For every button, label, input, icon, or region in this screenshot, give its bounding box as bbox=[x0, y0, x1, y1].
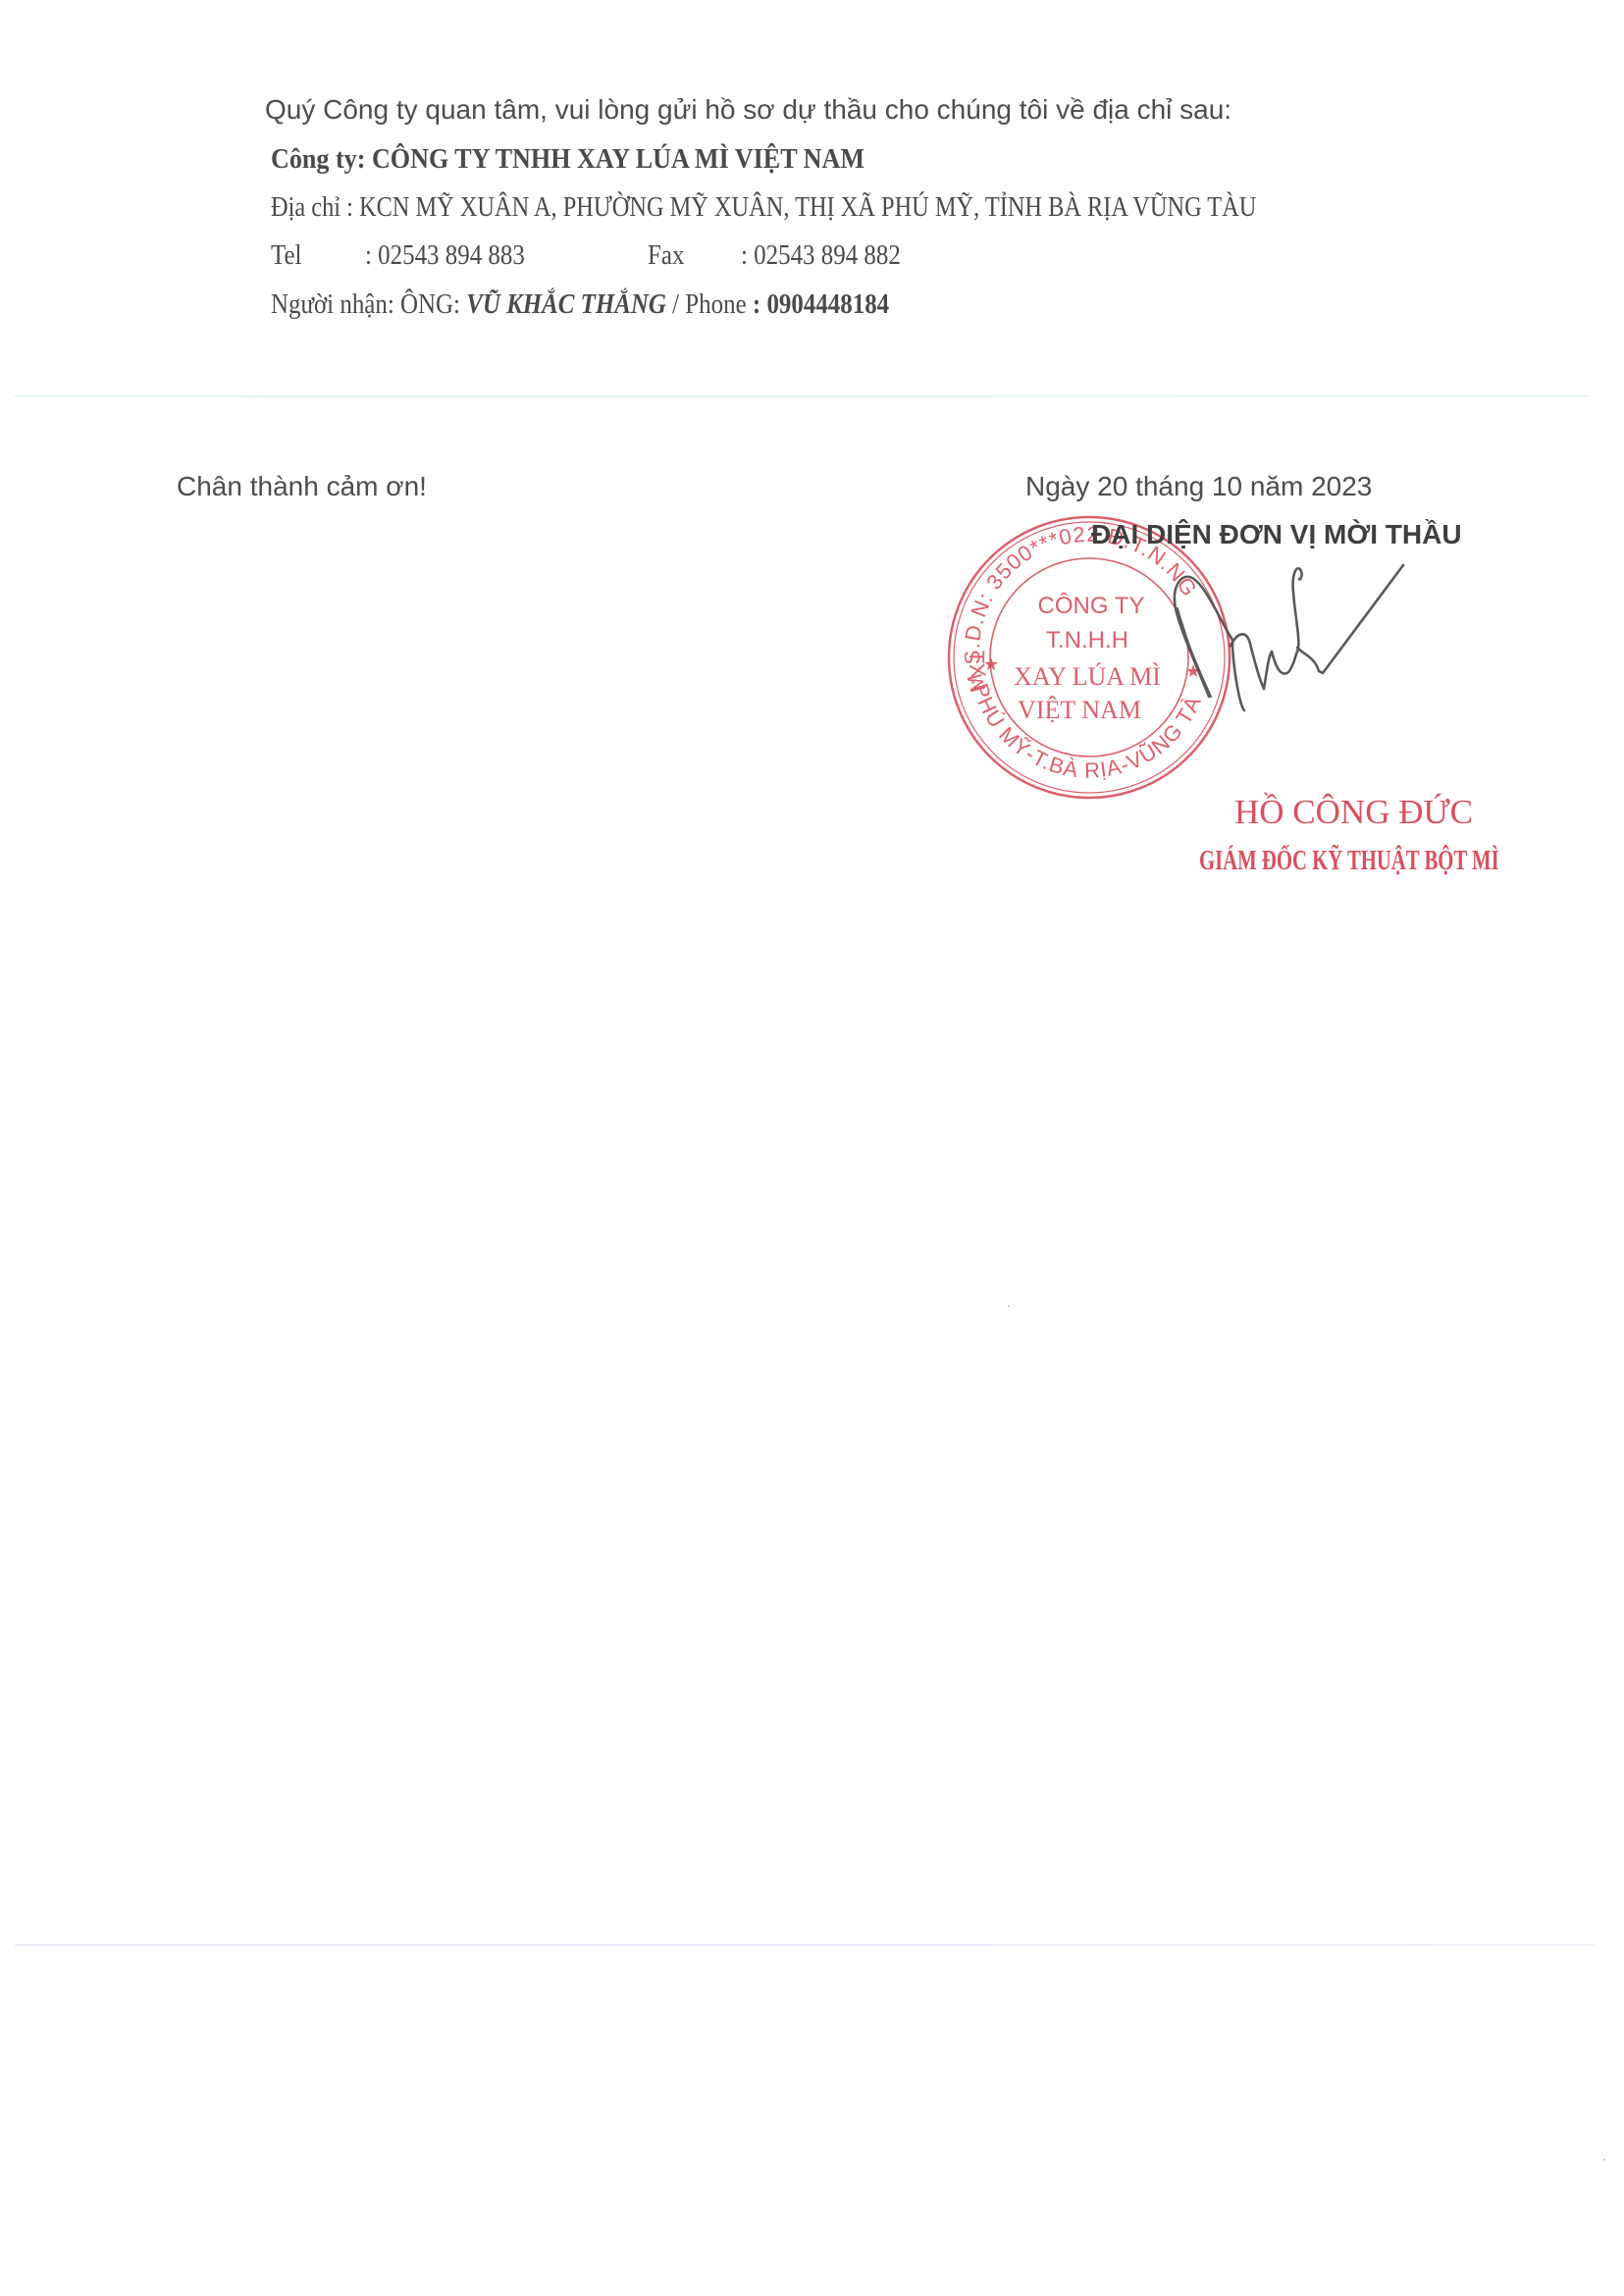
signer-position: GIÁM ĐỐC KỸ THUẬT BỘT MÌ bbox=[1199, 846, 1499, 877]
tel-label: Tel bbox=[271, 239, 301, 272]
scan-divider-bottom bbox=[15, 1944, 1595, 1946]
phone-label: / Phone bbox=[666, 288, 753, 320]
stamp-inner-line-4: VIỆT NAM bbox=[1018, 696, 1141, 724]
stamp-inner-line-2: T.N.H.H bbox=[1046, 627, 1128, 653]
stamp-inner-line-1: CÔNG TY bbox=[1038, 592, 1145, 619]
address-line: Địa chỉ : KCN MỸ XUÂN A, PHƯỜNG MỸ XUÂN,… bbox=[271, 191, 1256, 224]
scan-speck bbox=[1603, 2159, 1605, 2161]
phone-value: : 0904448184 bbox=[753, 288, 889, 320]
recipient-line: Người nhận: ÔNG: VŨ KHẮC THẮNG / Phone :… bbox=[271, 288, 889, 321]
thanks-text: Chân thành cảm ơn! bbox=[177, 471, 427, 502]
recipient-name: VŨ KHẮC THẮNG bbox=[466, 288, 666, 320]
company-name: CÔNG TY TNHH XAY LÚA MÌ VIỆT NAM bbox=[372, 143, 864, 175]
intro-text: Quý Công ty quan tâm, vui lòng gửi hồ sơ… bbox=[265, 94, 1231, 126]
tel-value: : 02543 894 883 bbox=[365, 239, 525, 272]
signer-name: HỒ CÔNG ĐỨC bbox=[1234, 793, 1473, 832]
company-line: Công ty: CÔNG TY TNHH XAY LÚA MÌ VIỆT NA… bbox=[271, 143, 864, 176]
signature-icon bbox=[1158, 549, 1433, 746]
stamp-star-left: ★ bbox=[983, 654, 999, 674]
fax-label: Fax bbox=[648, 239, 684, 272]
recipient-label: Người nhận: ÔNG: bbox=[271, 288, 466, 320]
fax-value: : 02543 894 882 bbox=[741, 239, 901, 272]
representative-title: ĐẠI DIỆN ĐƠN VỊ MỜI THẦU bbox=[1091, 519, 1462, 550]
company-label: Công ty: bbox=[271, 143, 372, 175]
address-value: KCN MỸ XUÂN A, PHƯỜNG MỸ XUÂN, THỊ XÃ PH… bbox=[359, 191, 1256, 223]
letter-date: Ngày 20 tháng 10 năm 2023 bbox=[1025, 471, 1372, 502]
stamp-inner-line-3: XAY LÚA MÌ bbox=[1014, 662, 1161, 691]
scan-speck bbox=[1008, 1305, 1010, 1307]
address-label: Địa chỉ : bbox=[271, 191, 359, 223]
scan-divider-top bbox=[15, 395, 1590, 397]
document-page: Quý Công ty quan tâm, vui lòng gửi hồ sơ… bbox=[0, 0, 1624, 2296]
